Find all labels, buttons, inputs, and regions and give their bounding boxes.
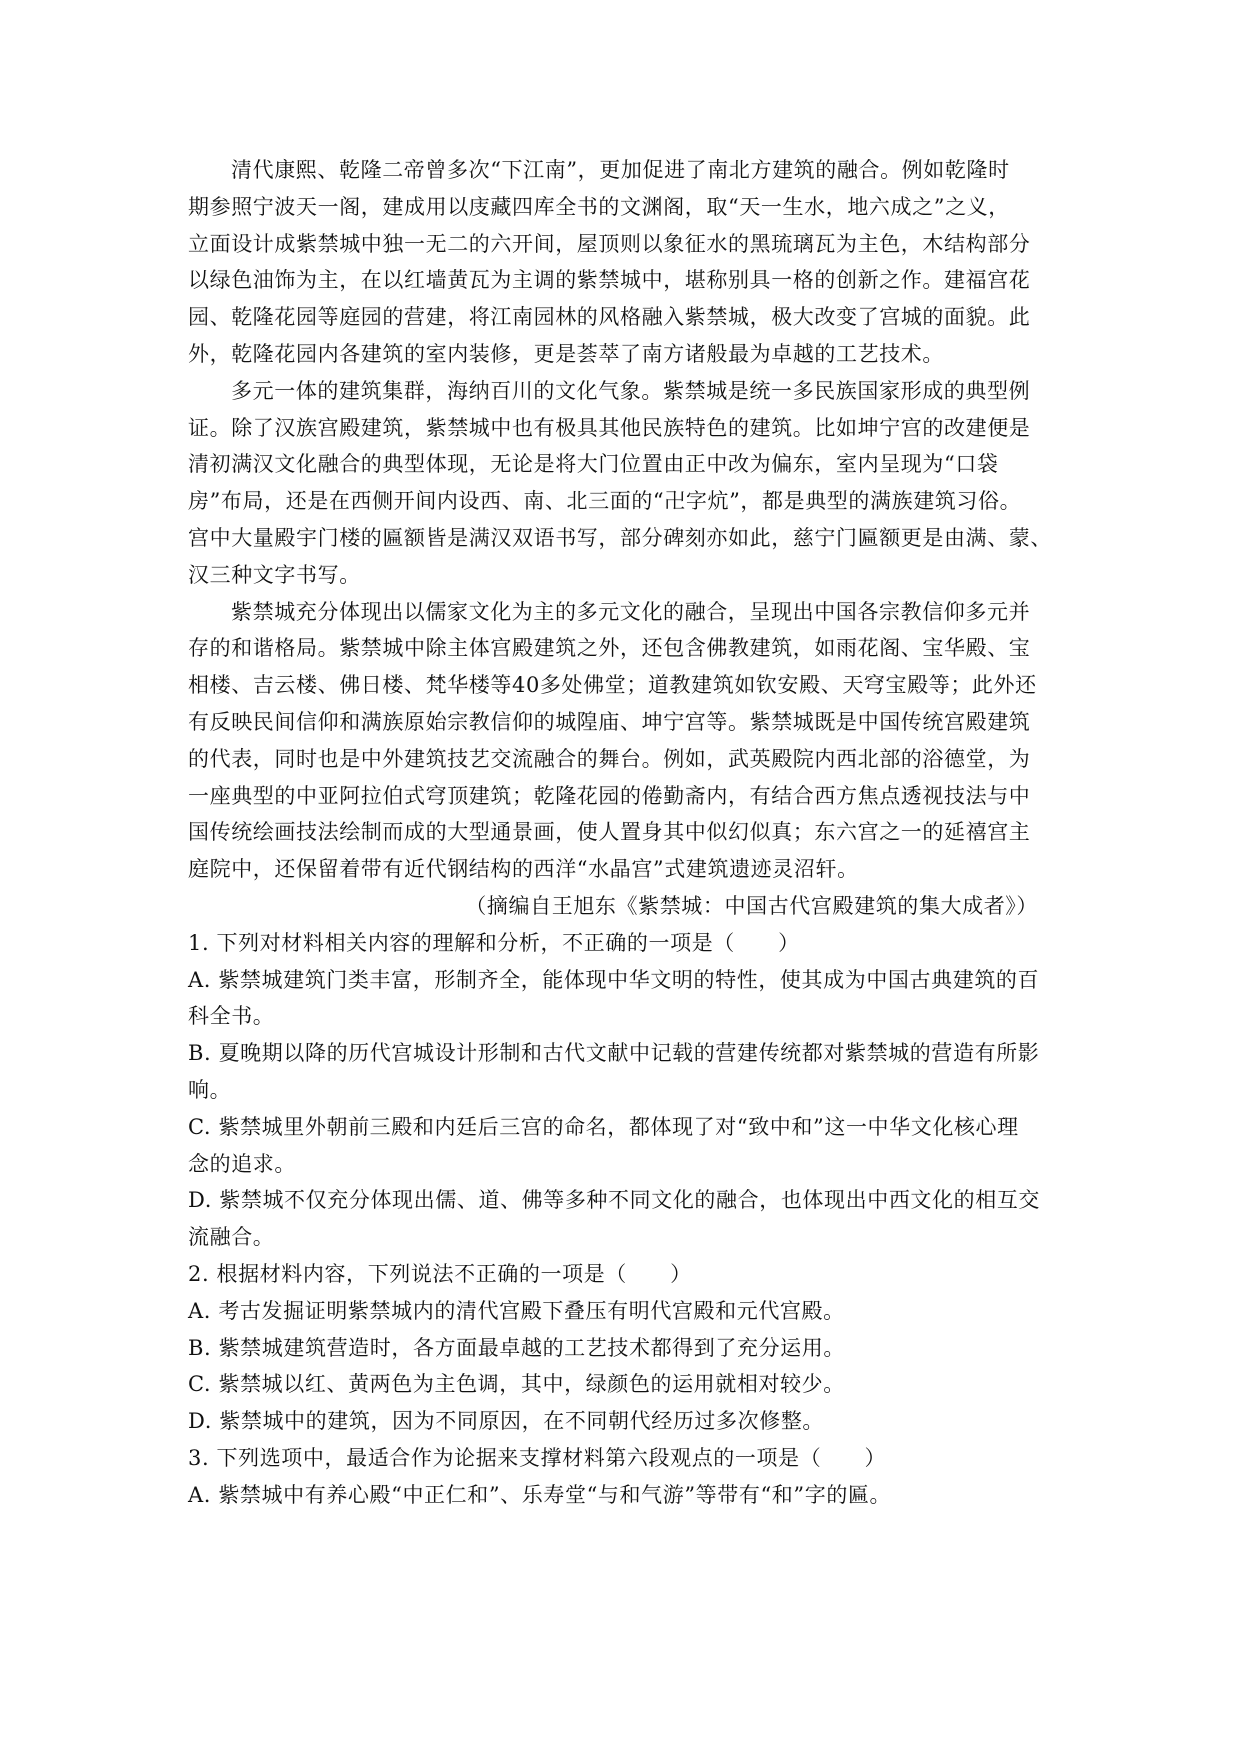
text-line: 多元一体的建筑集群，海纳百川的文化气象。紫禁城是统一多民族国家形成的典型例 bbox=[188, 373, 1040, 410]
text-line: 清初满汉文化融合的典型体现，无论是将大门位置由正中改为偏东，室内呈现为“口袋 bbox=[188, 446, 1040, 483]
text-line: 庭院中，还保留着带有近代钢结构的西洋“水晶宫”式建筑遗迹灵沼轩。 bbox=[188, 851, 1040, 888]
source-citation: （摘编自王旭东《紫禁城：中国古代宫殿建筑的集大成者》） bbox=[188, 888, 1040, 925]
text-line: 证。除了汉族宫殿建筑，紫禁城中也有极具其他民族特色的建筑。比如坤宁宫的改建便是 bbox=[188, 410, 1040, 447]
text-line: 宫中大量殿宇门楼的匾额皆是满汉双语书写，部分碑刻亦如此，慈宁门匾额更是由满、蒙、 bbox=[188, 520, 1040, 557]
option-text: 流融合。 bbox=[188, 1219, 1040, 1256]
option-text: 响。 bbox=[188, 1072, 1040, 1109]
question-stem: 3. 下列选项中，最适合作为论据来支撑材料第六段观点的一项是（ ） bbox=[188, 1440, 1040, 1477]
question-3: 3. 下列选项中，最适合作为论据来支撑材料第六段观点的一项是（ ） A. 紫禁城… bbox=[188, 1440, 1040, 1514]
exam-page: 清代康熙、乾隆二帝曾多次“下江南”，更加促进了南北方建筑的融合。例如乾隆时 期参… bbox=[188, 152, 1040, 1513]
text-line: 房”布局，还是在西侧开间内设西、南、北三面的“卍字炕”，都是典型的满族建筑习俗。 bbox=[188, 483, 1040, 520]
question-stem: 2. 根据材料内容，下列说法不正确的一项是（ ） bbox=[188, 1256, 1040, 1293]
option-c[interactable]: C. 紫禁城以红、黄两色为主色调，其中，绿颜色的运用就相对较少。 bbox=[188, 1366, 1040, 1403]
option-text: C. 紫禁城里外朝前三殿和内廷后三宫的命名，都体现了对“致中和”这一中华文化核心… bbox=[188, 1109, 1040, 1146]
text-line: 相楼、吉云楼、佛日楼、梵华楼等40多处佛堂；道教建筑如钦安殿、天穹宝殿等；此外还 bbox=[188, 667, 1040, 704]
option-text: B. 夏晚期以降的历代宫城设计形制和古代文献中记载的营建传统都对紫禁城的营造有所… bbox=[188, 1035, 1040, 1072]
option-text: A. 紫禁城建筑门类丰富，形制齐全，能体现中华文明的特性，使其成为中国古典建筑的… bbox=[188, 962, 1040, 999]
option-c[interactable]: C. 紫禁城里外朝前三殿和内廷后三宫的命名，都体现了对“致中和”这一中华文化核心… bbox=[188, 1109, 1040, 1183]
text-line: 以绿色油饰为主，在以红墙黄瓦为主调的紫禁城中，堪称别具一格的创新之作。建福宫花 bbox=[188, 262, 1040, 299]
text-line: 期参照宁波天一阁，建成用以庋藏四库全书的文渊阁，取“天一生水，地六成之”之义， bbox=[188, 189, 1040, 226]
question-2: 2. 根据材料内容，下列说法不正确的一项是（ ） A. 考古发掘证明紫禁城内的清… bbox=[188, 1256, 1040, 1440]
text-line: 一座典型的中亚阿拉伯式穹顶建筑；乾隆花园的倦勤斋内，有结合西方焦点透视技法与中 bbox=[188, 778, 1040, 815]
text-line: 有反映民间信仰和满族原始宗教信仰的城隍庙、坤宁宫等。紫禁城既是中国传统宫殿建筑 bbox=[188, 704, 1040, 741]
option-a[interactable]: A. 紫禁城建筑门类丰富，形制齐全，能体现中华文明的特性，使其成为中国古典建筑的… bbox=[188, 962, 1040, 1036]
option-d[interactable]: D. 紫禁城中的建筑，因为不同原因，在不同朝代经历过多次修整。 bbox=[188, 1403, 1040, 1440]
option-text: 念的追求。 bbox=[188, 1146, 1040, 1183]
passage-paragraph-3: 紫禁城充分体现出以儒家文化为主的多元文化的融合，呈现出中国各宗教信仰多元并 存的… bbox=[188, 594, 1040, 888]
option-text: D. 紫禁城不仅充分体现出儒、道、佛等多种不同文化的融合，也体现出中西文化的相互… bbox=[188, 1182, 1040, 1219]
passage-paragraph-2: 多元一体的建筑集群，海纳百川的文化气象。紫禁城是统一多民族国家形成的典型例 证。… bbox=[188, 373, 1040, 594]
text-line: 汉三种文字书写。 bbox=[188, 557, 1040, 594]
text-line: 园、乾隆花园等庭园的营建，将江南园林的风格融入紫禁城，极大改变了宫城的面貌。此 bbox=[188, 299, 1040, 336]
option-a[interactable]: A. 考古发掘证明紫禁城内的清代宫殿下叠压有明代宫殿和元代宫殿。 bbox=[188, 1293, 1040, 1330]
option-text: 科全书。 bbox=[188, 998, 1040, 1035]
question-stem: 1. 下列对材料相关内容的理解和分析，不正确的一项是（ ） bbox=[188, 925, 1040, 962]
text-line: 清代康熙、乾隆二帝曾多次“下江南”，更加促进了南北方建筑的融合。例如乾隆时 bbox=[188, 152, 1040, 189]
text-line: 立面设计成紫禁城中独一无二的六开间，屋顶则以象征水的黑琉璃瓦为主色，木结构部分 bbox=[188, 226, 1040, 263]
text-line: 国传统绘画技法绘制而成的大型通景画，使人置身其中似幻似真；东六宫之一的延禧宫主 bbox=[188, 814, 1040, 851]
text-line: 外，乾隆花园内各建筑的室内装修，更是荟萃了南方诸般最为卓越的工艺技术。 bbox=[188, 336, 1040, 373]
option-a[interactable]: A. 紫禁城中有养心殿“中正仁和”、乐寿堂“与和气游”等带有“和”字的匾。 bbox=[188, 1477, 1040, 1514]
question-1: 1. 下列对材料相关内容的理解和分析，不正确的一项是（ ） A. 紫禁城建筑门类… bbox=[188, 925, 1040, 1256]
option-b[interactable]: B. 夏晚期以降的历代宫城设计形制和古代文献中记载的营建传统都对紫禁城的营造有所… bbox=[188, 1035, 1040, 1109]
text-line: 紫禁城充分体现出以儒家文化为主的多元文化的融合，呈现出中国各宗教信仰多元并 bbox=[188, 594, 1040, 631]
text-line: 存的和谐格局。紫禁城中除主体宫殿建筑之外，还包含佛教建筑，如雨花阁、宝华殿、宝 bbox=[188, 630, 1040, 667]
passage-paragraph-1: 清代康熙、乾隆二帝曾多次“下江南”，更加促进了南北方建筑的融合。例如乾隆时 期参… bbox=[188, 152, 1040, 373]
text-line: 的代表，同时也是中外建筑技艺交流融合的舞台。例如，武英殿院内西北部的浴德堂，为 bbox=[188, 741, 1040, 778]
option-d[interactable]: D. 紫禁城不仅充分体现出儒、道、佛等多种不同文化的融合，也体现出中西文化的相互… bbox=[188, 1182, 1040, 1256]
option-b[interactable]: B. 紫禁城建筑营造时，各方面最卓越的工艺技术都得到了充分运用。 bbox=[188, 1330, 1040, 1367]
